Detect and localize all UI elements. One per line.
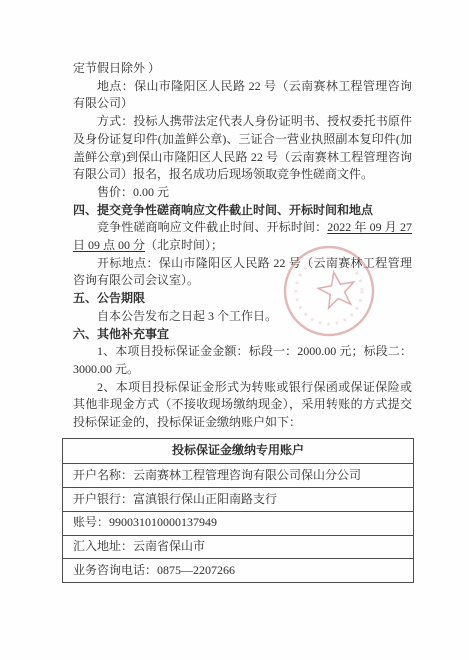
- phone-cell: 业务咨询电话：0875—2207266: [63, 559, 414, 583]
- table-row: 账号：990031010000137949: [63, 511, 414, 535]
- account-name-cell: 开户名称：云南赛林工程管理咨询有限公司保山分公司: [63, 464, 414, 488]
- deadline-prefix: 竞争性磋商响应文件截止时间、开标时间：: [97, 220, 327, 234]
- deposit-account-table: 投标保证金缴纳专用账户 开户名称：云南赛林工程管理咨询有限公司保山分公司 开户银…: [62, 438, 414, 583]
- table-row: 开户名称：云南赛林工程管理咨询有限公司保山分公司: [63, 464, 414, 488]
- account-number-cell: 账号：990031010000137949: [63, 511, 414, 535]
- submission-deadline: 竞争性磋商响应文件截止时间、开标时间：2022 年 09 月 27 日 09 点…: [73, 219, 412, 254]
- deposit-amounts: 1、本项目投标保证金金额：标段一：2000.00 元；标段二：3000.00 元…: [73, 343, 412, 378]
- notice-period: 自本公告发布之日起 3 个工作日。: [73, 308, 412, 326]
- document-body: 定节假日除外 ） 地点：保山市隆阳区人民路 22 号（云南赛林工程管理咨询有限公…: [0, 0, 469, 583]
- document-price: 售价：0.00 元: [73, 184, 412, 202]
- section-heading-6: 六、其他补充事宜: [73, 326, 412, 344]
- table-title: 投标保证金缴纳专用账户: [63, 438, 414, 464]
- bank-name-cell: 开户银行：富滇银行保山正阳南路支行: [63, 488, 414, 512]
- registration-location: 地点：保山市隆阳区人民路 22 号（云南赛林工程管理咨询有限公司）: [73, 78, 412, 113]
- remit-address-cell: 汇入地址：云南省保山市: [63, 535, 414, 559]
- table-header-row: 投标保证金缴纳专用账户: [63, 438, 414, 464]
- registration-method: 方式：投标人携带法定代表人身份证明书、授权委托书原件及身份证复印件(加盖鲜公章)…: [73, 113, 412, 184]
- deadline-suffix: （北京时间）；: [145, 238, 223, 252]
- section-heading-5: 五、公告期限: [73, 290, 412, 308]
- table-row: 汇入地址：云南省保山市: [63, 535, 414, 559]
- document-page: 定节假日除外 ） 地点：保山市隆阳区人民路 22 号（云南赛林工程管理咨询有限公…: [0, 0, 469, 660]
- table-row: 开户银行：富滇银行保山正阳南路支行: [63, 488, 414, 512]
- bid-opening-location: 开标地点：保山市隆阳区人民路 22 号（云南赛林工程管理咨询有限公司会议室）。: [73, 255, 412, 290]
- deposit-payment-method: 2、本项目投标保证金形式为转账或银行保函或保证保险或其他非现金方式（不接收现场缴…: [73, 379, 412, 432]
- table-row: 业务咨询电话：0875—2207266: [63, 559, 414, 583]
- paragraph-continuation: 定节假日除外 ）: [73, 60, 412, 78]
- section-heading-4: 四、提交竞争性磋商响应文件截止时间、开标时间和地点: [73, 202, 412, 220]
